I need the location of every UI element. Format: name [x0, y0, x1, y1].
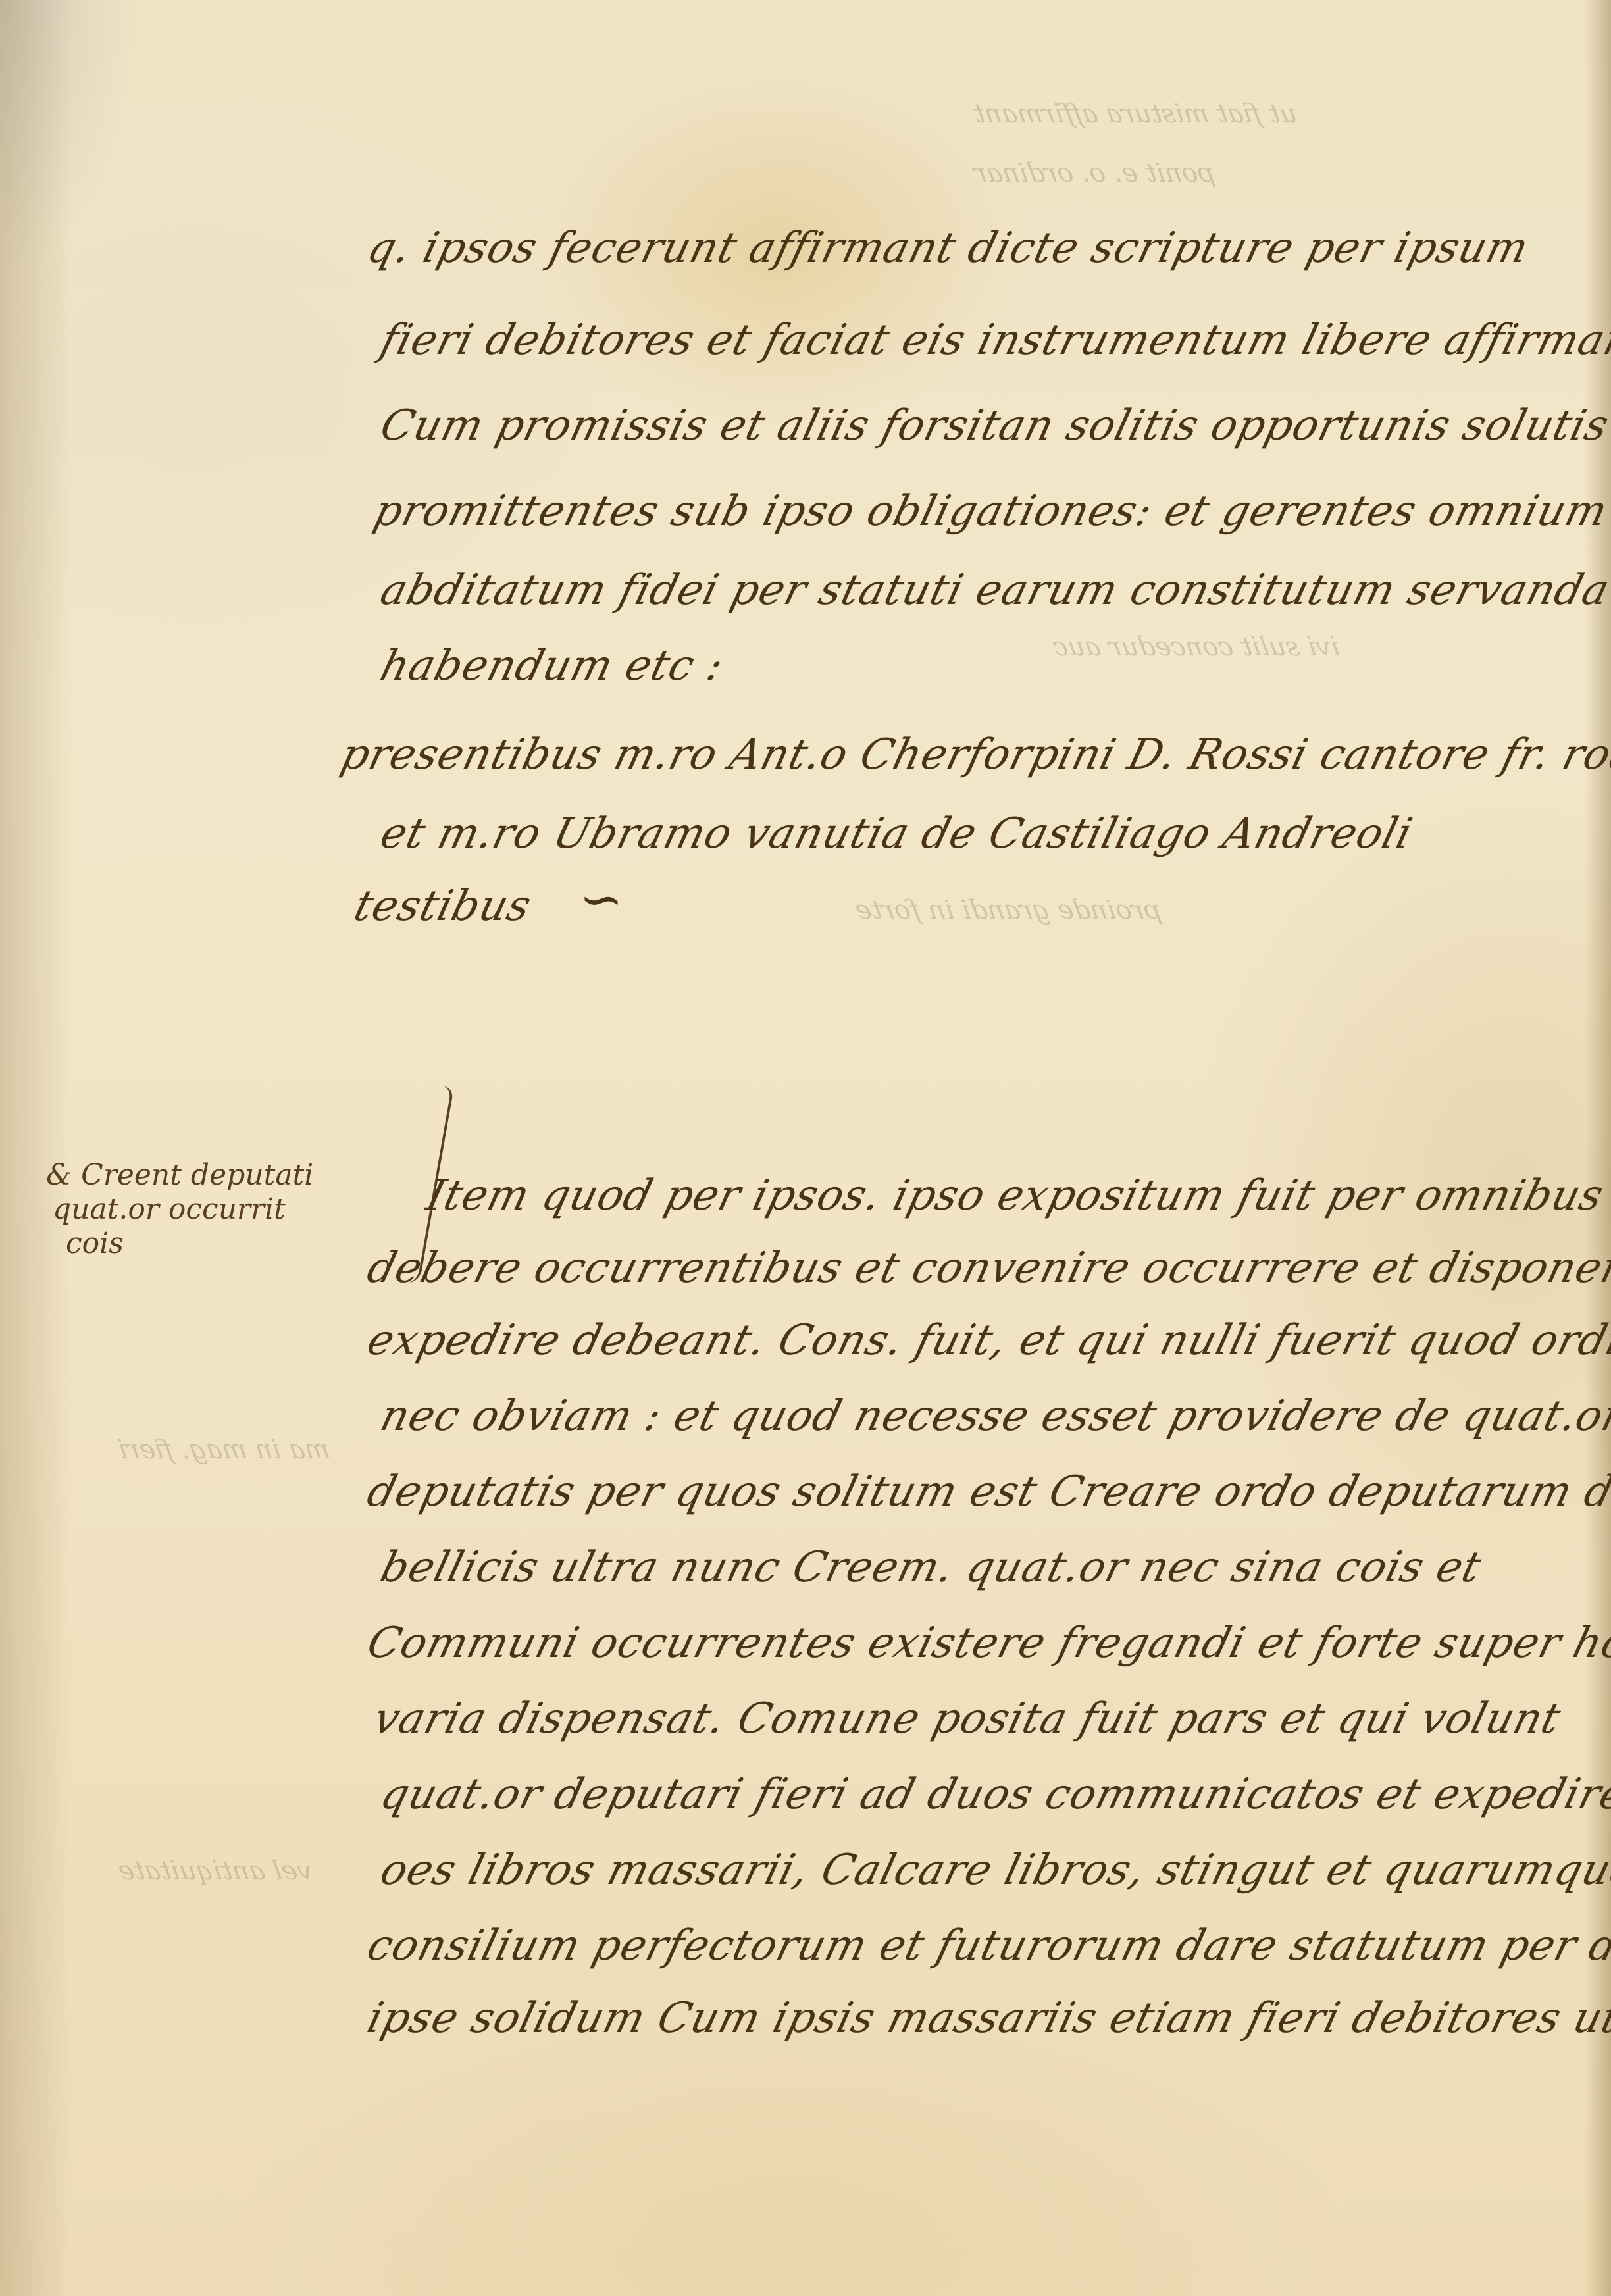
text-line: presentibus m.ro Ant.o Cherforpini D. Ro… — [336, 730, 1611, 779]
text-line: nec obviam : et quod necesse esset provi… — [376, 1392, 1611, 1441]
text-line: consilium perfectorum et futurorum dare … — [363, 1922, 1611, 1970]
text-line: deputatis per quos solitum est Creare or… — [363, 1467, 1611, 1516]
bleed-through-text: ivi sulit concedur auc — [1050, 632, 1342, 662]
bleed-through-text: ma in mag. fieri — [116, 1435, 332, 1465]
text-line: abditatum fidei per statuti earum consti… — [376, 566, 1611, 615]
margin-note: & Creent deputati quat.or occurrit cois — [46, 1158, 313, 1261]
text-line: promittentes sub ipso obligationes: et g… — [369, 487, 1611, 536]
bleed-through-text: ponit e. o. ordinar — [971, 158, 1217, 188]
margin-note-line: cois — [46, 1227, 313, 1261]
text-line: debere occurrentibus et convenire occurr… — [363, 1244, 1611, 1292]
bleed-through-text: ut fiat mistura affirmant — [971, 99, 1299, 129]
margin-note-line: quat.or occurrit — [46, 1192, 313, 1227]
bleed-through-text: proinde grandi in forte — [853, 895, 1163, 925]
page-left-edge — [0, 0, 72, 2296]
text-line: expedire debeant. Cons. fuit, et qui nul… — [363, 1316, 1611, 1365]
margin-note-line: & Creent deputati — [46, 1158, 313, 1192]
bleed-through-text: vel antiquitate — [116, 1856, 315, 1886]
text-line: habendum etc : — [376, 642, 729, 690]
text-line: fieri debitores et faciat eis instrument… — [376, 316, 1611, 365]
text-line: q. ipsos fecerunt affirmant dicte script… — [363, 224, 1534, 272]
text-line: quat.or deputari fieri ad duos communica… — [376, 1770, 1611, 1819]
text-line: testibus — [349, 882, 536, 931]
text-line: ipse solidum Cum ipsis massariis etiam f… — [363, 1994, 1611, 2043]
manuscript-page: ut fiat mistura affirmant ponit e. o. or… — [0, 0, 1611, 2296]
text-line: Communi occurrentes existere fregandi et… — [363, 1619, 1611, 1668]
text-line: varia dispensat. Comune posita fuit pars… — [369, 1695, 1566, 1743]
text-line: Item quod per ipsos. ipso expositum fuit… — [422, 1171, 1611, 1220]
text-line: bellicis ultra nunc Creem. quat.or nec s… — [376, 1543, 1487, 1592]
signature-flourish-icon: ∽ — [579, 869, 623, 930]
text-line: et m.ro Ubramo vanutia de Castiliago And… — [376, 809, 1418, 858]
text-line: oes libros massarii, Calcare libros, sti… — [376, 1846, 1611, 1895]
text-line: Cum promissis et aliis forsitan solitis … — [376, 401, 1611, 450]
